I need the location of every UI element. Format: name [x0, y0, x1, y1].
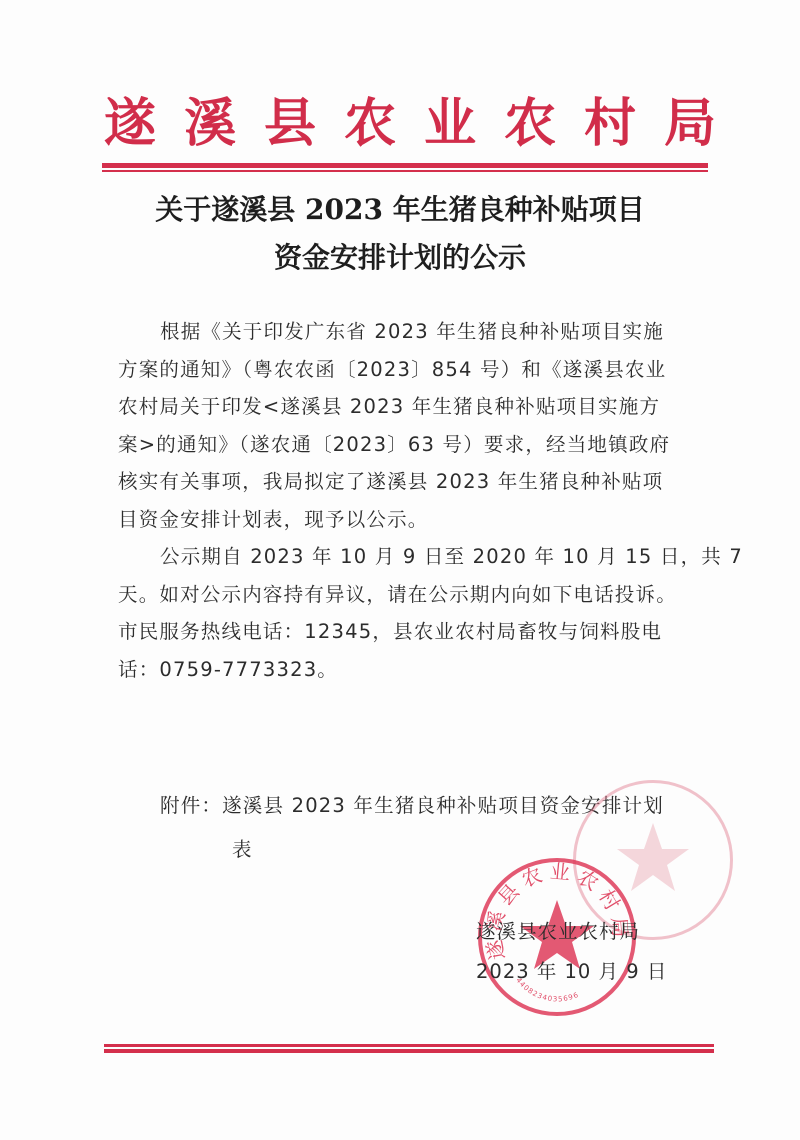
title-line-2: 资金安排计划的公示	[100, 234, 700, 282]
letterhead-char: 遂	[100, 88, 160, 160]
body-line: 核实有关事项，我局拟定了遂溪县 2023 年生猪良种补贴项	[118, 463, 704, 501]
footer-red-divider	[104, 1044, 714, 1053]
signing-date: 2023 年 10 月 9 日	[476, 952, 667, 992]
letterhead-char: 业	[420, 88, 480, 160]
document-body: 根据《关于印发广东省 2023 年生猪良种补贴项目实施 方案的通知》（粤农农函〔…	[118, 313, 704, 688]
paragraph-basis: 根据《关于印发广东省 2023 年生猪良种补贴项目实施 方案的通知》（粤农农函〔…	[118, 313, 704, 538]
letterhead-char: 县	[260, 88, 320, 160]
organization-letterhead: 遂 溪 县 农 业 农 村 局	[100, 88, 720, 160]
body-line: 市民服务热线电话：12345，县农业农村局畜牧与饲料股电	[118, 613, 704, 651]
body-line: 天。如对公示内容持有异议，请在公示期内向如下电话投诉。	[118, 576, 704, 614]
body-line: 话：0759-7773323。	[118, 651, 704, 689]
body-line: 目资金安排计划表，现予以公示。	[118, 501, 704, 539]
document-title: 关于遂溪县 2023 年生猪良种补贴项目 资金安排计划的公示	[100, 186, 700, 282]
body-line: 案>的通知》（遂农通〔2023〕63 号）要求，经当地镇政府	[118, 426, 704, 464]
letterhead-char: 溪	[180, 88, 240, 160]
letterhead-char: 农	[340, 88, 400, 160]
header-red-divider	[102, 163, 708, 172]
body-line: 农村局关于印发<遂溪县 2023 年生猪良种补贴项目实施方	[118, 388, 704, 426]
letterhead-char: 局	[660, 88, 720, 160]
letterhead-char: 农	[500, 88, 560, 160]
paragraph-notice-period: 公示期自 2023 年 10 月 9 日至 2020 年 10 月 15 日，共…	[118, 538, 704, 688]
body-line: 根据《关于印发广东省 2023 年生猪良种补贴项目实施	[118, 313, 704, 351]
title-line-1: 关于遂溪县 2023 年生猪良种补贴项目	[100, 186, 700, 234]
signature-block: 遂溪县农业农村局 2023 年 10 月 9 日	[476, 912, 667, 992]
signing-organization: 遂溪县农业农村局	[476, 912, 667, 952]
body-line: 方案的通知》（粤农农函〔2023〕854 号）和《遂溪县农业	[118, 351, 704, 389]
document-page: 遂 溪 县 农 业 农 村 局 关于遂溪县 2023 年生猪良种补贴项目 资金安…	[0, 0, 800, 1140]
body-line: 公示期自 2023 年 10 月 9 日至 2020 年 10 月 15 日，共…	[118, 538, 704, 576]
letterhead-char: 村	[580, 88, 640, 160]
